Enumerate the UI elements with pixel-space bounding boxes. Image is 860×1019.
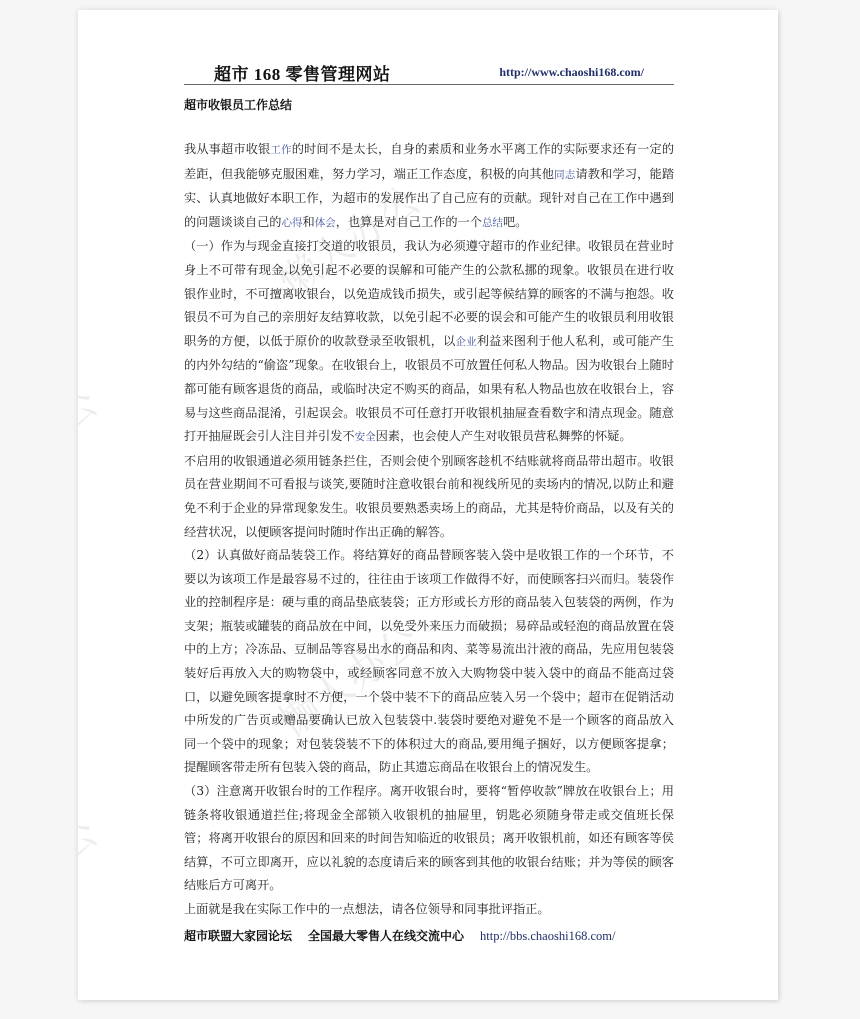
site-title: 超市 168 零售管理网站 xyxy=(214,60,391,85)
keyword-link-work[interactable]: 工作 xyxy=(270,144,291,156)
site-url-link[interactable]: http://www.chaoshi168.com/ xyxy=(499,65,644,80)
text: 吧。 xyxy=(503,215,527,229)
keyword-link-insight[interactable]: 体会 xyxy=(315,217,336,229)
keyword-link-colleague[interactable]: 同志 xyxy=(554,169,575,181)
document-body: 我从事超市收银工作的时间不是太长，自身的素质和业务水平离工作的实际要求还有一定的… xyxy=(184,138,674,922)
keyword-link-enterprise[interactable]: 企业 xyxy=(455,336,476,348)
watermark-left-top: 办公 xyxy=(78,372,107,465)
section-1b-paragraph: 不启用的收银通道必须用链条拦住，否则会使个别顾客趁机不结账就将商品带出超市。收银… xyxy=(184,450,674,544)
text: 和 xyxy=(303,215,315,229)
keyword-link-experience[interactable]: 心得 xyxy=(282,217,303,229)
intro-paragraph: 我从事超市收银工作的时间不是太长，自身的素质和业务水平离工作的实际要求还有一定的… xyxy=(184,138,674,235)
page-footer: 超市联盟大家园论坛全国最大零售人在线交流中心http://bbs.chaoshi… xyxy=(184,927,615,944)
text: ，也算是对自己工作的一个 xyxy=(336,215,482,229)
document-title: 超市收银员工作总结 xyxy=(184,96,292,113)
section-1-paragraph: （一）作为与现金直接打交道的收银员，我认为必须遵守超市的作业纪律。收银员在营业时… xyxy=(184,235,674,449)
text: 我从事超市收银 xyxy=(184,142,270,156)
page-header: 超市 168 零售管理网站 http://www.chaoshi168.com/ xyxy=(184,60,674,85)
keyword-link-safety[interactable]: 安全 xyxy=(355,431,376,443)
section-3-paragraph: （3）注意离开收银台时的工作程序。离开收银台时，要将“暂停收款”牌放在收银台上；… xyxy=(184,780,674,898)
text: （一）作为与现金直接打交道的收银员，我认为必须遵守超市的作业纪律。收银员在营业时… xyxy=(184,239,674,347)
watermark-right-top: 懒人办 xyxy=(773,351,778,467)
forum-name: 超市联盟大家园论坛 xyxy=(184,929,292,943)
text: 因素，也会使人产生对收银员营私舞弊的怀疑。 xyxy=(376,429,632,443)
section-2-paragraph: （2）认真做好商品装袋工作。将结算好的商品替顾客装入袋中是收银工作的一个环节，不… xyxy=(184,544,674,780)
watermark-right-bottom: 懒人办 xyxy=(773,781,778,897)
document-page: 懒人办 懒人办 办公 办公 懒人办公 懒人办公 超市 168 零售管理网站 ht… xyxy=(78,10,778,1000)
text: 利益来图利于他人私利，或可能产生的内外勾结的“偷盗”现象。在收银台上，收银员不可… xyxy=(184,334,674,443)
forum-url-link[interactable]: http://bbs.chaoshi168.com/ xyxy=(480,929,615,943)
forum-slogan: 全国最大零售人在线交流中心 xyxy=(308,929,464,943)
closing-paragraph: 上面就是我在实际工作中的一点想法，请各位领导和同事批评指正。 xyxy=(184,898,674,922)
watermark-left-bottom: 办公 xyxy=(78,802,107,895)
keyword-link-summary[interactable]: 总结 xyxy=(482,217,503,229)
